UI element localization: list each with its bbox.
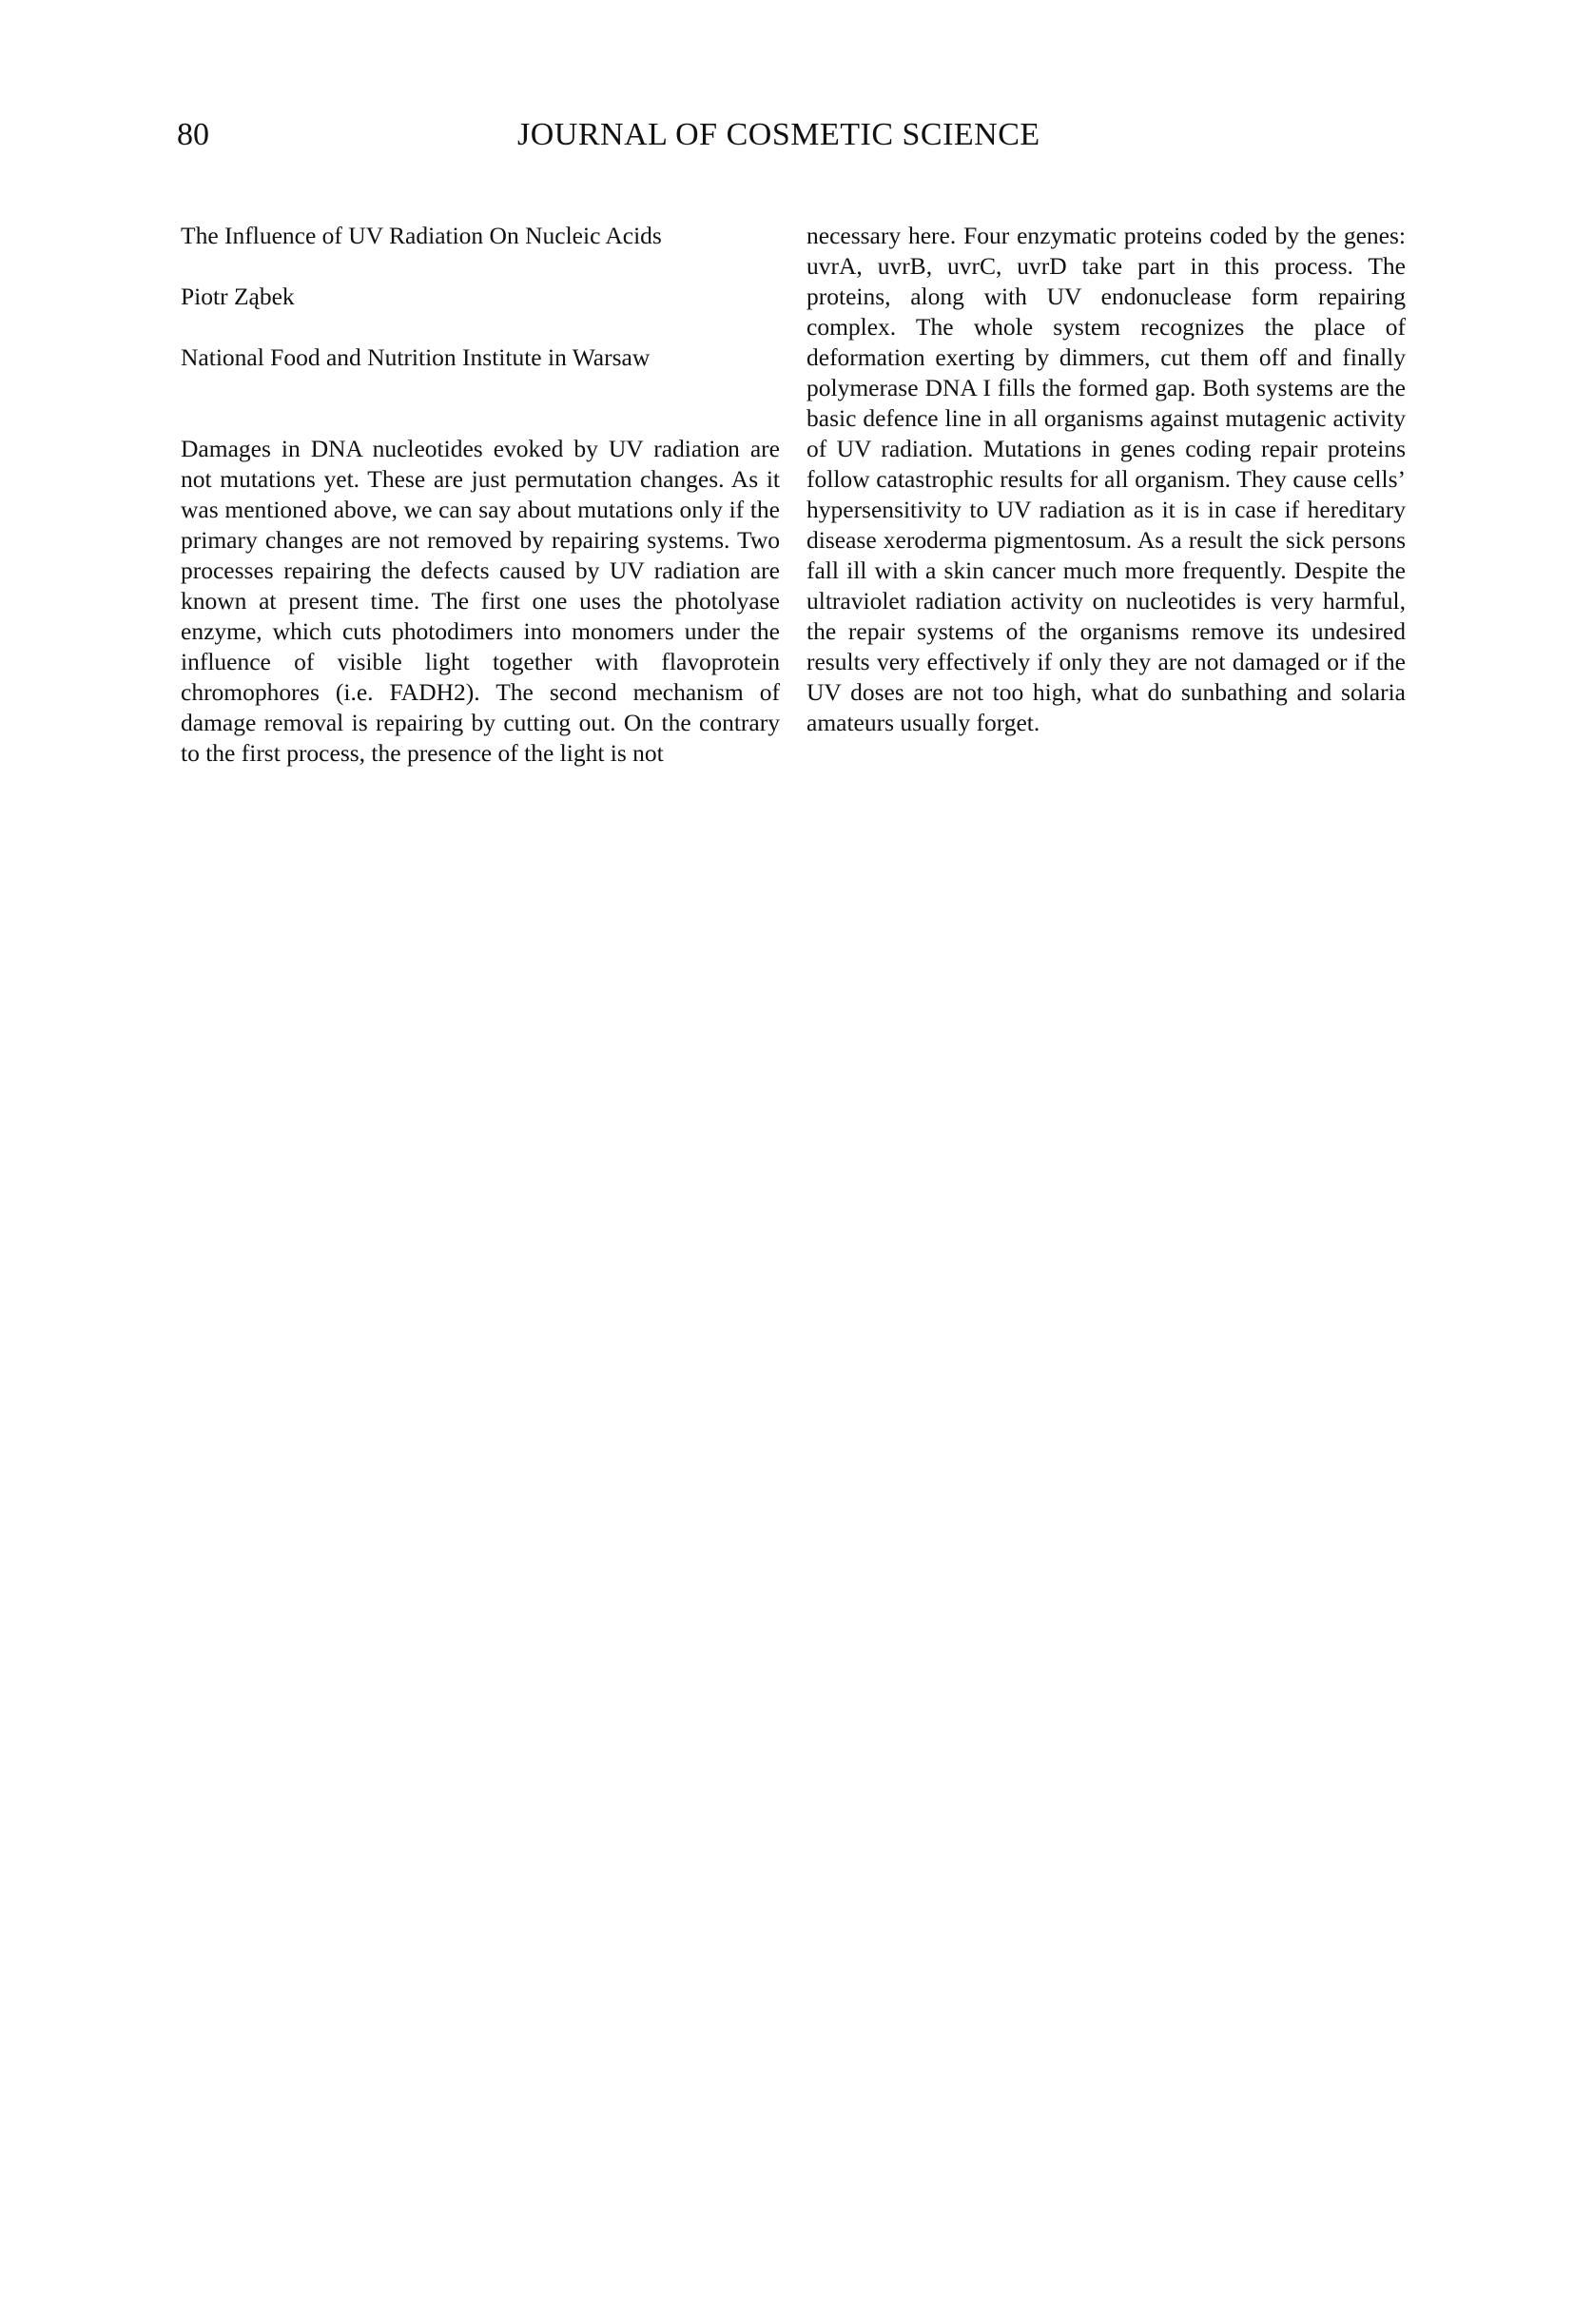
author-affiliation: National Food and Nutrition Institute in… bbox=[181, 342, 780, 373]
body-paragraph-left: Damages in DNA nucleotides evoked by UV … bbox=[181, 434, 780, 769]
article-author: Piotr Ząbek bbox=[181, 282, 780, 312]
journal-running-head: JOURNAL OF COSMETIC SCIENCE bbox=[517, 116, 1040, 154]
right-column: necessary here. Four enzymatic proteins … bbox=[806, 221, 1406, 738]
page-number: 80 bbox=[177, 116, 209, 154]
left-column: The Influence of UV Radiation On Nucleic… bbox=[181, 221, 780, 769]
article-title: The Influence of UV Radiation On Nucleic… bbox=[181, 221, 780, 251]
body-paragraph-right: necessary here. Four enzymatic proteins … bbox=[806, 221, 1406, 738]
